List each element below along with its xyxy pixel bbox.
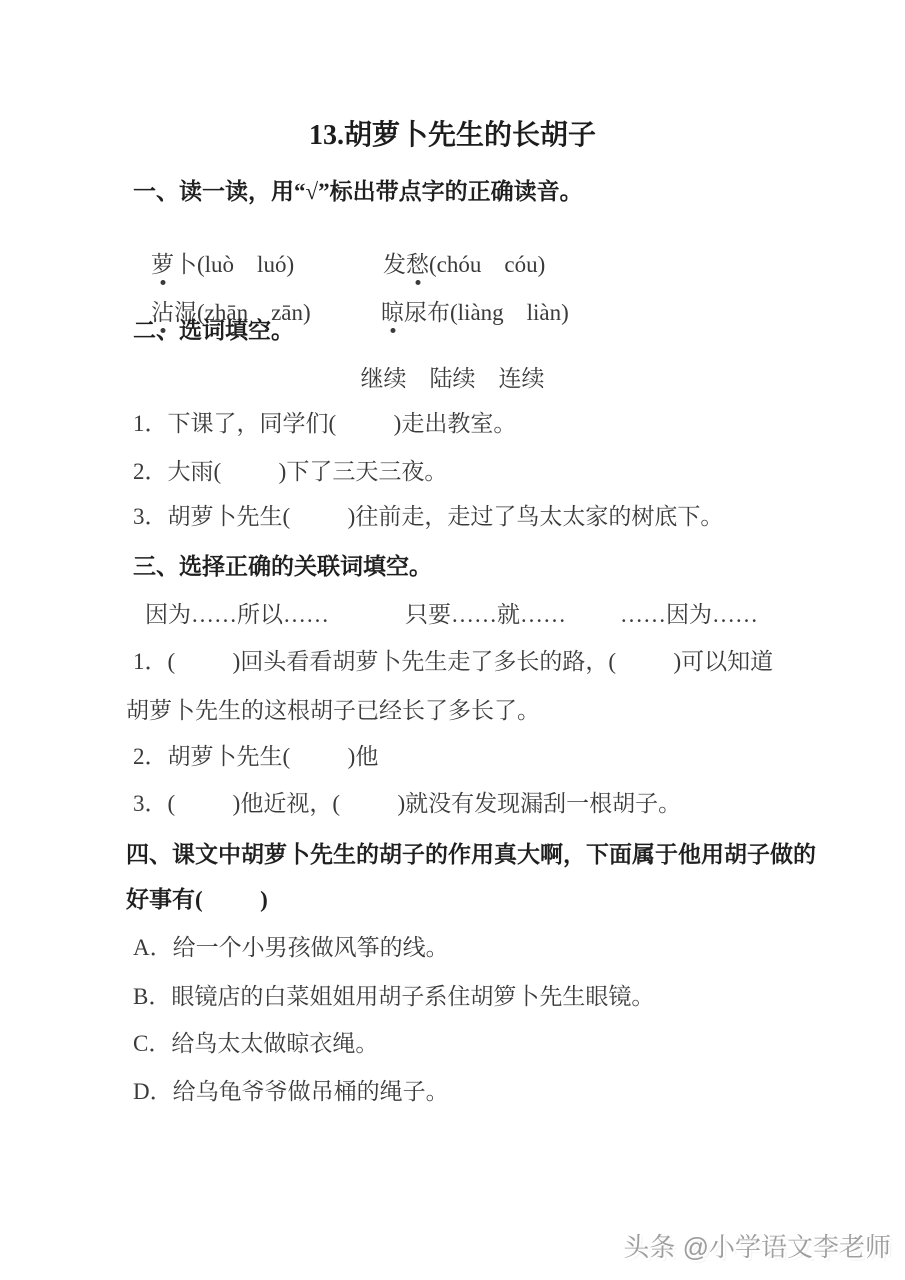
section-four-heading-line-2: 好事有( ): [126, 884, 268, 916]
choice-option-c: C．给鸟太太做晾衣绳。: [133, 1028, 378, 1060]
fill-blank-sentence-1: 1．下课了，同学们( )走出教室。: [133, 408, 516, 440]
conjunction-option-2: 只要……就……: [405, 599, 566, 631]
pinyin-word-liangniaobu: 晾尿布(liàng liàn): [358, 265, 569, 361]
section-two-heading: 二、选词填空。: [133, 315, 294, 347]
dotted-character: 晾: [381, 297, 404, 329]
worksheet-title: 13.胡萝卜先生的长胡子: [0, 119, 905, 153]
choice-option-d: D．给乌龟爷爷做吊桶的绳子。: [133, 1076, 449, 1108]
section-four-heading-line-1: 四、课文中胡萝卜先生的胡子的作用真大啊，下面属于他用胡子做的: [126, 839, 816, 871]
fill-blank-sentence-3: 3．胡萝卜先生( )往前走，走过了鸟太太家的树底下。: [133, 501, 723, 533]
conjunction-sentence-2: 2．胡萝卜先生( )他: [133, 741, 378, 773]
conjunction-option-3: ……因为……: [620, 599, 758, 631]
fill-blank-sentence-2: 2．大雨( )下了三天三夜。: [133, 456, 447, 488]
toutiao-watermark: 头条 @小学语文李老师: [623, 1230, 891, 1264]
choice-option-a: A．给一个小男孩做风筝的线。: [133, 932, 449, 964]
conjunction-sentence-3: 3．( )他近视，( )就没有发现漏刮一根胡子。: [133, 788, 681, 820]
word-post: 尿布: [404, 300, 450, 325]
conjunction-option-1: 因为……所以……: [145, 599, 329, 631]
worksheet-page: 13.胡萝卜先生的长胡子 一、读一读，用“√”标出带点字的正确读音。 萝卜(lu…: [0, 0, 905, 1280]
word-bank: 继续 陆续 连续: [0, 363, 905, 395]
section-one-heading: 一、读一读，用“√”标出带点字的正确读音。: [133, 176, 583, 208]
conjunction-sentence-1-line-1: 1．( )回头看看胡萝卜先生走了多长的路，( )可以知道: [133, 646, 773, 678]
choice-option-b: B．眼镜店的白菜姐姐用胡子系住胡箩卜先生眼镜。: [133, 981, 654, 1013]
pinyin-choices: (liàng liàn): [450, 300, 569, 325]
section-three-heading: 三、选择正确的关联词填空。: [133, 551, 432, 583]
conjunction-sentence-1-line-2: 胡萝卜先生的这根胡子已经长了多长了。: [126, 695, 540, 727]
